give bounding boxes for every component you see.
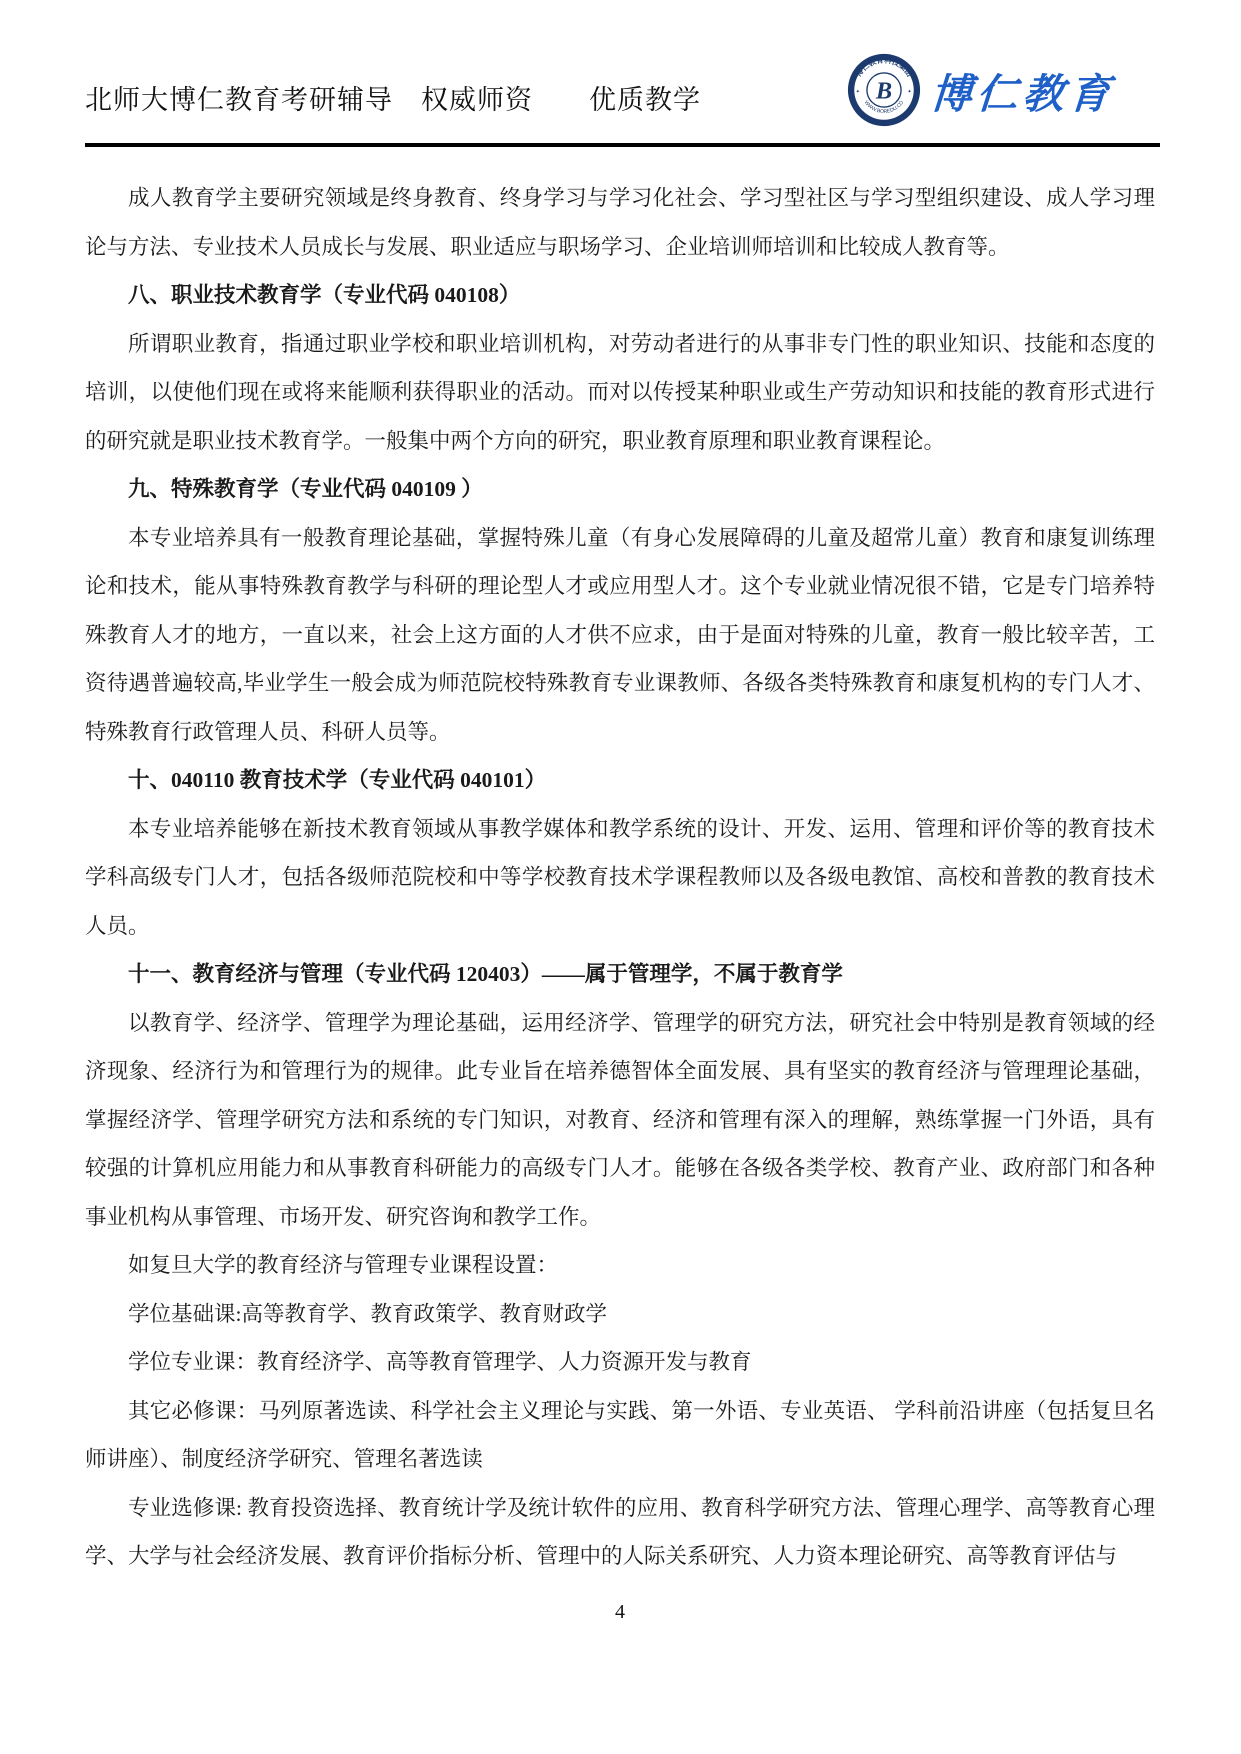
page-number: 4 [85,1601,1155,1624]
header-title: 北师大博仁教育考研辅导 权威师资 优质教学 [85,78,701,117]
seal-icon: 博仁教育科技集团 WWW.BOREDU.CO ✦ ✦ B [845,51,923,129]
paragraph: 如复旦大学的教育经济与管理专业课程设置： [85,1241,1155,1290]
svg-text:✦: ✦ [856,89,860,95]
document-body: 成人教育学主要研究领域是终身教育、终身学习与学习化社会、学习型社区与学习型组织建… [85,174,1155,1581]
section-heading: 十、040110 教育技术学（专业代码 040101） [85,756,1155,805]
paragraph: 专业选修课: 教育投资选择、教育统计学及统计软件的应用、教育科学研究方法、管理心… [85,1484,1155,1581]
header-divider [85,143,1160,147]
document-page: 北师大博仁教育考研辅导 权威师资 优质教学 博仁教育科技集团 WWW.BORED… [0,0,1241,1754]
page-header: 北师大博仁教育考研辅导 权威师资 优质教学 博仁教育科技集团 WWW.BORED… [0,0,1241,150]
paragraph: 成人教育学主要研究领域是终身教育、终身学习与学习化社会、学习型社区与学习型组织建… [85,174,1155,271]
svg-text:B: B [875,77,892,104]
brand-wordmark: 博仁教育 [929,61,1117,120]
section-heading: 九、特殊教育学（专业代码 040109 ） [85,465,1155,514]
paragraph: 本专业培养具有一般教育理论基础，掌握特殊儿童（有身心发展障碍的儿童及超常儿童）教… [85,514,1155,757]
paragraph: 所谓职业教育，指通过职业学校和职业培训机构，对劳动者进行的从事非专门性的职业知识… [85,320,1155,466]
section-heading: 十一、教育经济与管理（专业代码 120403）——属于管理学，不属于教育学 [85,950,1155,999]
paragraph: 其它必修课：马列原著选读、科学社会主义理论与实践、第一外语、专业英语、 学科前沿… [85,1387,1155,1484]
svg-text:✦: ✦ [907,89,911,95]
paragraph: 以教育学、经济学、管理学为理论基础，运用经济学、管理学的研究方法，研究社会中特别… [85,999,1155,1242]
paragraph: 学位基础课:高等教育学、教育政策学、教育财政学 [85,1290,1155,1339]
paragraph: 学位专业课：教育经济学、高等教育管理学、人力资源开发与教育 [85,1338,1155,1387]
brand-logo: 博仁教育科技集团 WWW.BOREDU.CO ✦ ✦ B 博仁教育 [845,50,1115,130]
paragraph: 本专业培养能够在新技术教育领域从事教学媒体和教学系统的设计、开发、运用、管理和评… [85,805,1155,951]
section-heading: 八、职业技术教育学（专业代码 040108） [85,271,1155,320]
